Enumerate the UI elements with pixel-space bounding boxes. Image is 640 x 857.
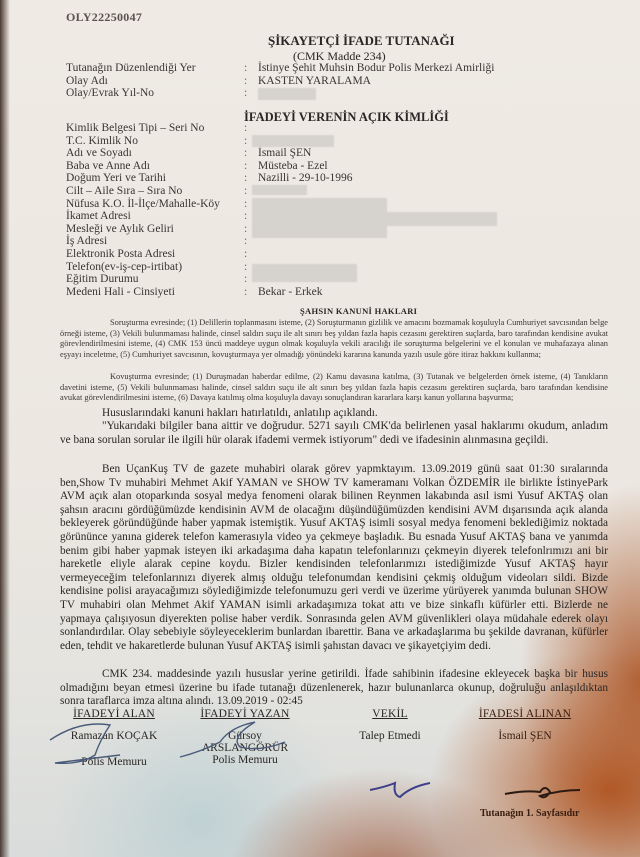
field-row: Doğum Yeri ve Tarihi:Nazilli - 29-10-199…	[66, 172, 586, 185]
field-value: KASTEN YARALAMA	[258, 75, 371, 88]
redacted-block	[258, 88, 316, 100]
field-value: İstinye Şehit Muhsin Bodur Polis Merkezi…	[258, 62, 494, 75]
field-row: Cilt – Aile Sıra – Sıra No:	[66, 185, 586, 198]
field-row-file-no: Olay/Evrak Yıl-No :	[66, 87, 586, 100]
rights-reminder: Hususlarındaki kanuni hakları hatırlatıl…	[60, 407, 608, 421]
field-row: Adı ve Soyadı:İsmail ŞEN	[66, 147, 586, 160]
document-number: OLY22250047	[66, 10, 142, 25]
handwritten-signature	[500, 780, 590, 805]
field-row-location: Tutanağın Düzenlendiği Yer : İstinye Şeh…	[66, 62, 586, 75]
redacted-block	[252, 264, 357, 282]
rights-prosecution: Kovuşturma evresinde; (1) Duruşmadan hab…	[60, 372, 608, 404]
consent-statement: "Yukarıdaki bilgiler bana aittir ve doğr…	[60, 420, 608, 447]
redacted-block	[252, 198, 387, 238]
field-label: Olay/Evrak Yıl-No	[66, 87, 154, 100]
rights-investigation: Soruşturma evresinde; (1) Delillerin top…	[60, 318, 608, 360]
redacted-block	[252, 135, 334, 147]
field-row: Kimlik Belgesi Tipi – Seri No:	[66, 122, 586, 135]
redacted-block	[385, 212, 497, 226]
document-title: ŞİKAYETÇİ İFADE TUTANAĞI	[268, 33, 455, 49]
field-row: Baba ve Anne Adı:Müsteba - Ezel	[66, 160, 586, 173]
closing-paragraph: CMK 234. maddesinde yazılı hususlar yeri…	[60, 668, 608, 709]
signature-block-attorney: VEKİL Talep Etmedi	[340, 708, 440, 742]
field-row: Elektronik Posta Adresi:	[66, 248, 586, 261]
redacted-block	[252, 185, 307, 195]
field-row: Medeni Hali - Cinsiyeti:Bekar - Erkek	[66, 286, 586, 299]
header-fields: Tutanağın Düzenlendiği Yer : İstinye Şeh…	[66, 62, 586, 100]
handwritten-signature	[365, 775, 445, 805]
page-footer: Tutanağın 1. Sayfasıdır	[480, 808, 579, 819]
rights-heading: ŞAHSIN KANUNİ HAKLARI	[300, 306, 417, 316]
handwritten-signature	[40, 715, 160, 775]
handwritten-signature	[170, 712, 310, 772]
field-label: Olay Adı	[66, 75, 108, 88]
photo-edge-shadow	[0, 0, 10, 857]
field-row-incident: Olay Adı : KASTEN YARALAMA	[66, 75, 586, 88]
field-label: Tutanağın Düzenlendiği Yer	[66, 62, 196, 75]
statement-body: Ben UçanKuş TV de gazete muhabiri olarak…	[60, 463, 608, 653]
signature-block-complainant: İFADESİ ALINAN İsmail ŞEN	[470, 708, 580, 742]
